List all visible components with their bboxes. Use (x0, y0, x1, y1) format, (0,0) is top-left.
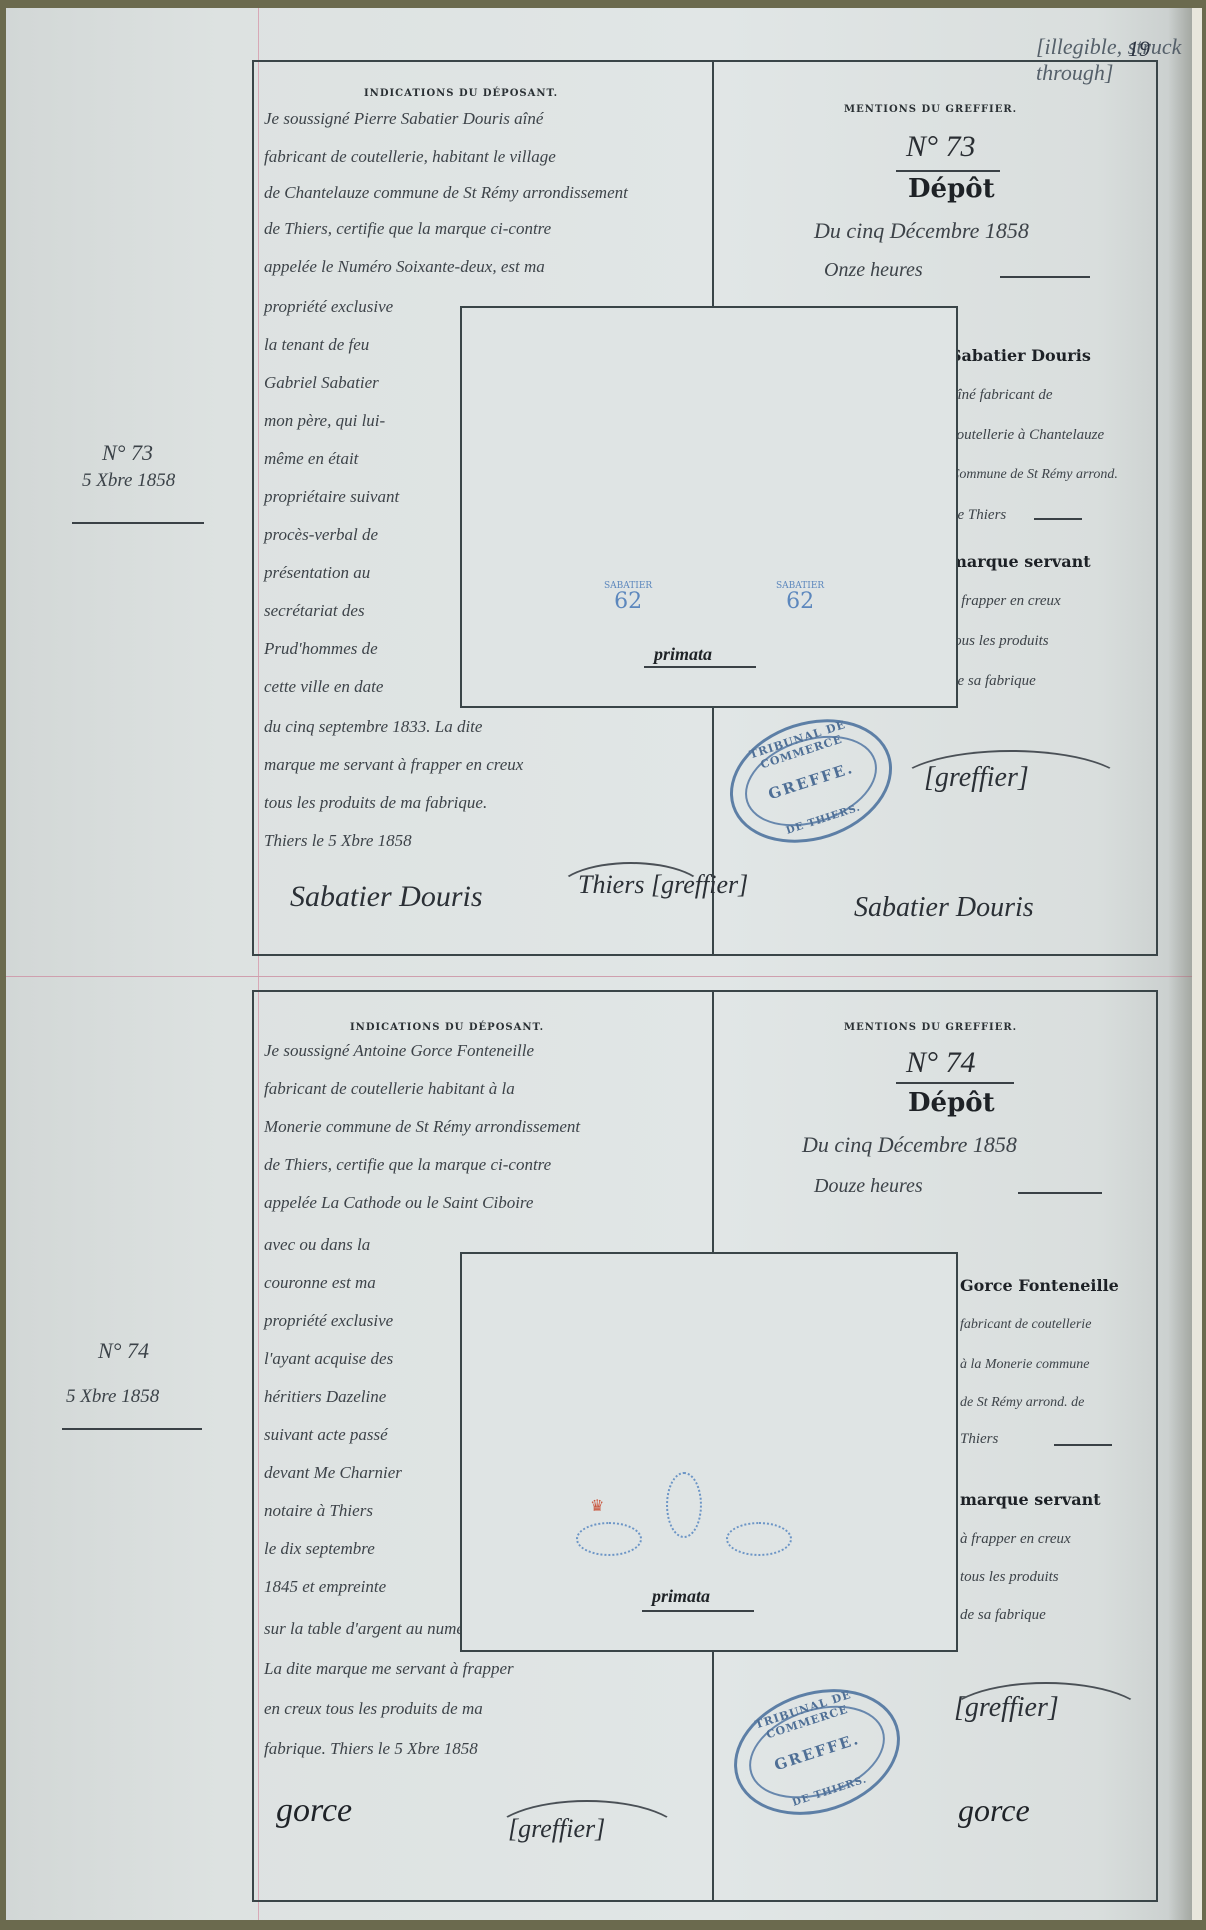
oval-mark-impression (576, 1522, 642, 1556)
deposit-time: Douze heures (814, 1176, 923, 1196)
register-page: [illegible, struck through] 19 N° 73 5 X… (6, 8, 1202, 1920)
depositor-line: couronne est ma (264, 1274, 376, 1291)
oval-mark-impression-vertical (666, 1472, 702, 1538)
depositor-line: même en était (264, 450, 358, 467)
mark-number: 62 (776, 591, 824, 613)
court-stamp: TRIBUNAL DE COMMERCE GREFFE. DE THIERS. (718, 1669, 917, 1836)
depositor-line: cette ville en date (264, 678, 383, 695)
clerk-desc-line: de St Rémy arrond. de (960, 1396, 1084, 1410)
depositor-line: de Thiers, certifie que la marque ci-con… (264, 220, 551, 237)
crown-wax-mark-icon: ♛ (590, 1496, 604, 1516)
depositor-line: fabricant de coutellerie habitant à la (264, 1080, 515, 1097)
depositor-line: héritiers Dazeline (264, 1388, 386, 1405)
depositor-line: Gabriel Sabatier (264, 374, 379, 391)
mark-label: primata (654, 644, 712, 665)
signature-flourish (490, 1800, 684, 1874)
depositor-line: procès-verbal de (264, 526, 378, 543)
depositor-line: Je soussigné Pierre Sabatier Douris aîné (264, 110, 543, 127)
depositor-line: fabrique. Thiers le 5 Xbre 1858 (264, 1740, 478, 1757)
mark-label: primata (652, 1586, 710, 1607)
mark-label-underline (642, 1610, 754, 1612)
mark-impression: SABATIER 62 (776, 582, 824, 613)
entry-73: INDICATIONS DU DÉPOSANT. MENTIONS DU GRE… (252, 60, 1158, 956)
depositor-signature: gorce (276, 1792, 352, 1830)
depositor-line: Je soussigné Antoine Gorce Fonteneille (264, 1042, 534, 1059)
clerk-desc-line: de sa fabrique (960, 1608, 1046, 1623)
deposit-date: Du cinq Décembre 1858 (802, 1134, 1017, 1156)
depositor-line: tous les produits de ma fabrique. (264, 794, 487, 811)
margin-underline (62, 1428, 202, 1430)
oval-mark-impression (726, 1522, 792, 1556)
margin-rule-horizontal (6, 976, 1192, 977)
clerk-heading: MENTIONS DU GREFFIER. (844, 104, 1017, 115)
clerk-desc-line: marque servant (950, 554, 1091, 570)
margin-entry-date: 5 Xbre 1858 (82, 470, 175, 492)
depositor-line: la tenant de feu (264, 336, 369, 353)
clerk-desc-line: à frapper en creux (950, 594, 1061, 609)
depositor-line: présentation au (264, 564, 370, 581)
clerk-desc-line: tous les produits (960, 1570, 1059, 1585)
depositor-signature-right: gorce (958, 1792, 1030, 1829)
depositor-line: de Thiers, certifie que la marque ci-con… (264, 1156, 551, 1173)
signature-flourish (944, 1682, 1148, 1756)
clerk-desc-line: Thiers (960, 1432, 998, 1447)
desc-rule (1054, 1444, 1112, 1446)
entry-number: N° 74 (906, 1046, 976, 1080)
clerk-heading: MENTIONS DU GREFFIER. (844, 1022, 1017, 1033)
depositor-line: de Chantelauze commune de St Rémy arrond… (264, 184, 628, 201)
depositor-line: le dix septembre (264, 1540, 375, 1557)
depositor-line: avec ou dans la (264, 1236, 370, 1253)
margin-entry-date: 5 Xbre 1858 (66, 1386, 159, 1408)
depositor-line: marque me servant à frapper en creux (264, 756, 523, 773)
clerk-desc-line: aîné fabricant de (950, 388, 1052, 403)
depositor-line: appelée le Numéro Soixante-deux, est ma (264, 258, 545, 275)
depositor-line: appelée La Cathode ou le Saint Ciboire (264, 1194, 533, 1211)
date-rule (1018, 1192, 1102, 1194)
depot-label: Dépôt (908, 1088, 995, 1118)
depositor-line: 1845 et empreinte (264, 1578, 386, 1595)
folio-number: 19 (1128, 36, 1150, 62)
depositor-line: Prud'hommes de (264, 640, 378, 657)
clerk-desc-line: de sa fabrique (950, 674, 1036, 689)
margin-entry-number: N° 74 (98, 1338, 149, 1364)
entry-number: N° 73 (906, 130, 976, 164)
deposit-date: Du cinq Décembre 1858 (814, 220, 1029, 242)
clerk-desc-line: à frapper en creux (960, 1532, 1071, 1547)
depositor-line: propriété exclusive (264, 298, 393, 315)
clerk-desc-line: tous les produits (950, 634, 1049, 649)
clerk-desc-line: Commune de St Rémy arrond. (950, 468, 1118, 482)
date-rule (1000, 276, 1090, 278)
clerk-desc-line: marque servant (960, 1492, 1101, 1508)
margin-entry-number: N° 73 (102, 440, 153, 466)
clerk-desc-line: Gorce Fonteneille (960, 1278, 1119, 1294)
depot-label: Dépôt (908, 174, 995, 204)
clerk-desc-line: Sabatier Douris (950, 348, 1091, 364)
margin-underline (72, 522, 204, 524)
depositor-heading: INDICATIONS DU DÉPOSANT. (364, 88, 558, 99)
depositor-signature-right: Sabatier Douris (854, 892, 1034, 924)
mark-label-underline (644, 666, 756, 668)
depositor-line: La dite marque me servant à frapper (264, 1660, 514, 1677)
clerk-desc-line: de Thiers (950, 508, 1006, 523)
entry-number-underline (896, 170, 1000, 172)
depositor-line: du cinq septembre 1833. La dite (264, 718, 482, 735)
entry-74: INDICATIONS DU DÉPOSANT. MENTIONS DU GRE… (252, 990, 1158, 1902)
deposit-time: Onze heures (824, 260, 923, 280)
depositor-line: notaire à Thiers (264, 1502, 373, 1519)
depositor-heading: INDICATIONS DU DÉPOSANT. (350, 1022, 544, 1033)
clerk-desc-line: à la Monerie commune (960, 1358, 1089, 1372)
court-stamp: TRIBUNAL DE COMMERCE GREFFE. DE THIERS. (714, 699, 908, 863)
depositor-signature: Sabatier Douris (290, 880, 483, 914)
depositor-line: secrétariat des (264, 602, 365, 619)
mark-number: 62 (604, 591, 652, 613)
depositor-line: l'ayant acquise des (264, 1350, 393, 1367)
entry-number-underline (896, 1082, 1014, 1084)
signature-flourish (894, 750, 1128, 824)
depositor-line: fabricant de coutellerie, habitant le vi… (264, 148, 556, 165)
depositor-line: en creux tous les produits de ma (264, 1700, 483, 1717)
depositor-line: Monerie commune de St Rémy arrondissemen… (264, 1118, 580, 1135)
depositor-line: mon père, qui lui- (264, 412, 385, 429)
desc-rule (1034, 518, 1082, 520)
depositor-line: propriété exclusive (264, 1312, 393, 1329)
signature-flourish (554, 862, 708, 926)
depositor-line: Thiers le 5 Xbre 1858 (264, 832, 412, 849)
mark-impression: SABATIER 62 (604, 582, 652, 613)
depositor-line: devant Me Charnier (264, 1464, 402, 1481)
depositor-line: suivant acte passé (264, 1426, 388, 1443)
binding-shadow (1168, 8, 1192, 1920)
clerk-desc-line: coutellerie à Chantelauze (950, 428, 1104, 443)
clerk-desc-line: fabricant de coutellerie (960, 1318, 1091, 1332)
depositor-line: propriétaire suivant (264, 488, 399, 505)
